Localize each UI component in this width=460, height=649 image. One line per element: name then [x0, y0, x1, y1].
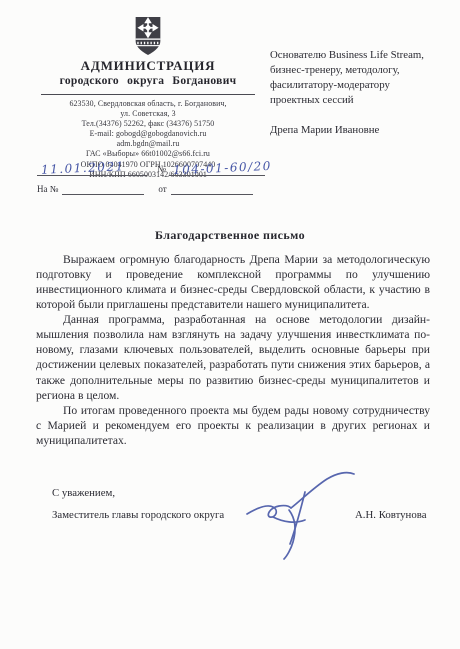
letterhead: АДМИНИСТРАЦИЯ городского округа Богданов… [35, 16, 261, 180]
recipient-line: проектных сессий [270, 93, 452, 108]
signer-name: А.Н. Ковтунова [355, 509, 426, 521]
document-title: Благодарственное письмо [0, 228, 460, 243]
number-sign: № [157, 165, 169, 176]
recipient-line: Основателю Business Life Stream, [270, 48, 452, 63]
from-label: от [158, 184, 170, 195]
recipient-block: Основателю Business Life Stream, бизнес-… [270, 48, 452, 139]
body-paragraph: Выражаем огромную благодарность Дрепа Ма… [36, 252, 430, 312]
recipient-name: Дрепа Марии Ивановне [270, 123, 452, 138]
handwritten-signature [243, 462, 358, 562]
recipient-line: бизнес-тренеру, методологу, [270, 63, 452, 78]
letter-body: Выражаем огромную благодарность Дрепа Ма… [36, 252, 430, 448]
salutation: С уважением, [52, 487, 115, 499]
from-field [171, 182, 253, 195]
org-name: АДМИНИСТРАЦИЯ [35, 59, 261, 74]
handwritten-number: 104-01-60/20 [173, 159, 272, 177]
body-paragraph: По итогам проведенного проекта мы будем … [36, 403, 430, 448]
address-line: Тел.(34376) 52262, факс (34376) 51750 [35, 119, 261, 129]
signer-position: Заместитель главы городского округа [52, 509, 224, 521]
body-paragraph: Данная программа, разработанная на основ… [36, 312, 430, 402]
coat-of-arms-icon [134, 16, 162, 56]
date-field: 11.01.2021 [37, 158, 147, 176]
letterhead-divider [41, 94, 255, 95]
address-line: 623530, Свердловская область, г. Богдано… [35, 99, 261, 109]
org-subname: городского округа Богданович [35, 74, 261, 89]
on-number-label: На № [37, 184, 62, 195]
handwritten-date: 11.01.2021 [41, 159, 125, 177]
address-line: adm.bgdn@mail.ru [35, 139, 261, 149]
reference-block: 11.01.2021 № 104-01-60/20 На № от [37, 158, 265, 195]
on-number-field [62, 182, 144, 195]
scanned-letter-page: АДМИНИСТРАЦИЯ городского округа Богданов… [0, 0, 460, 649]
address-line: E-mail: gobogd@gobogdanovich.ru [35, 129, 261, 139]
address-line: ул. Советская, 3 [35, 109, 261, 119]
number-field: 104-01-60/20 [169, 158, 265, 176]
recipient-line: фасилитатору-модератору [270, 78, 452, 93]
